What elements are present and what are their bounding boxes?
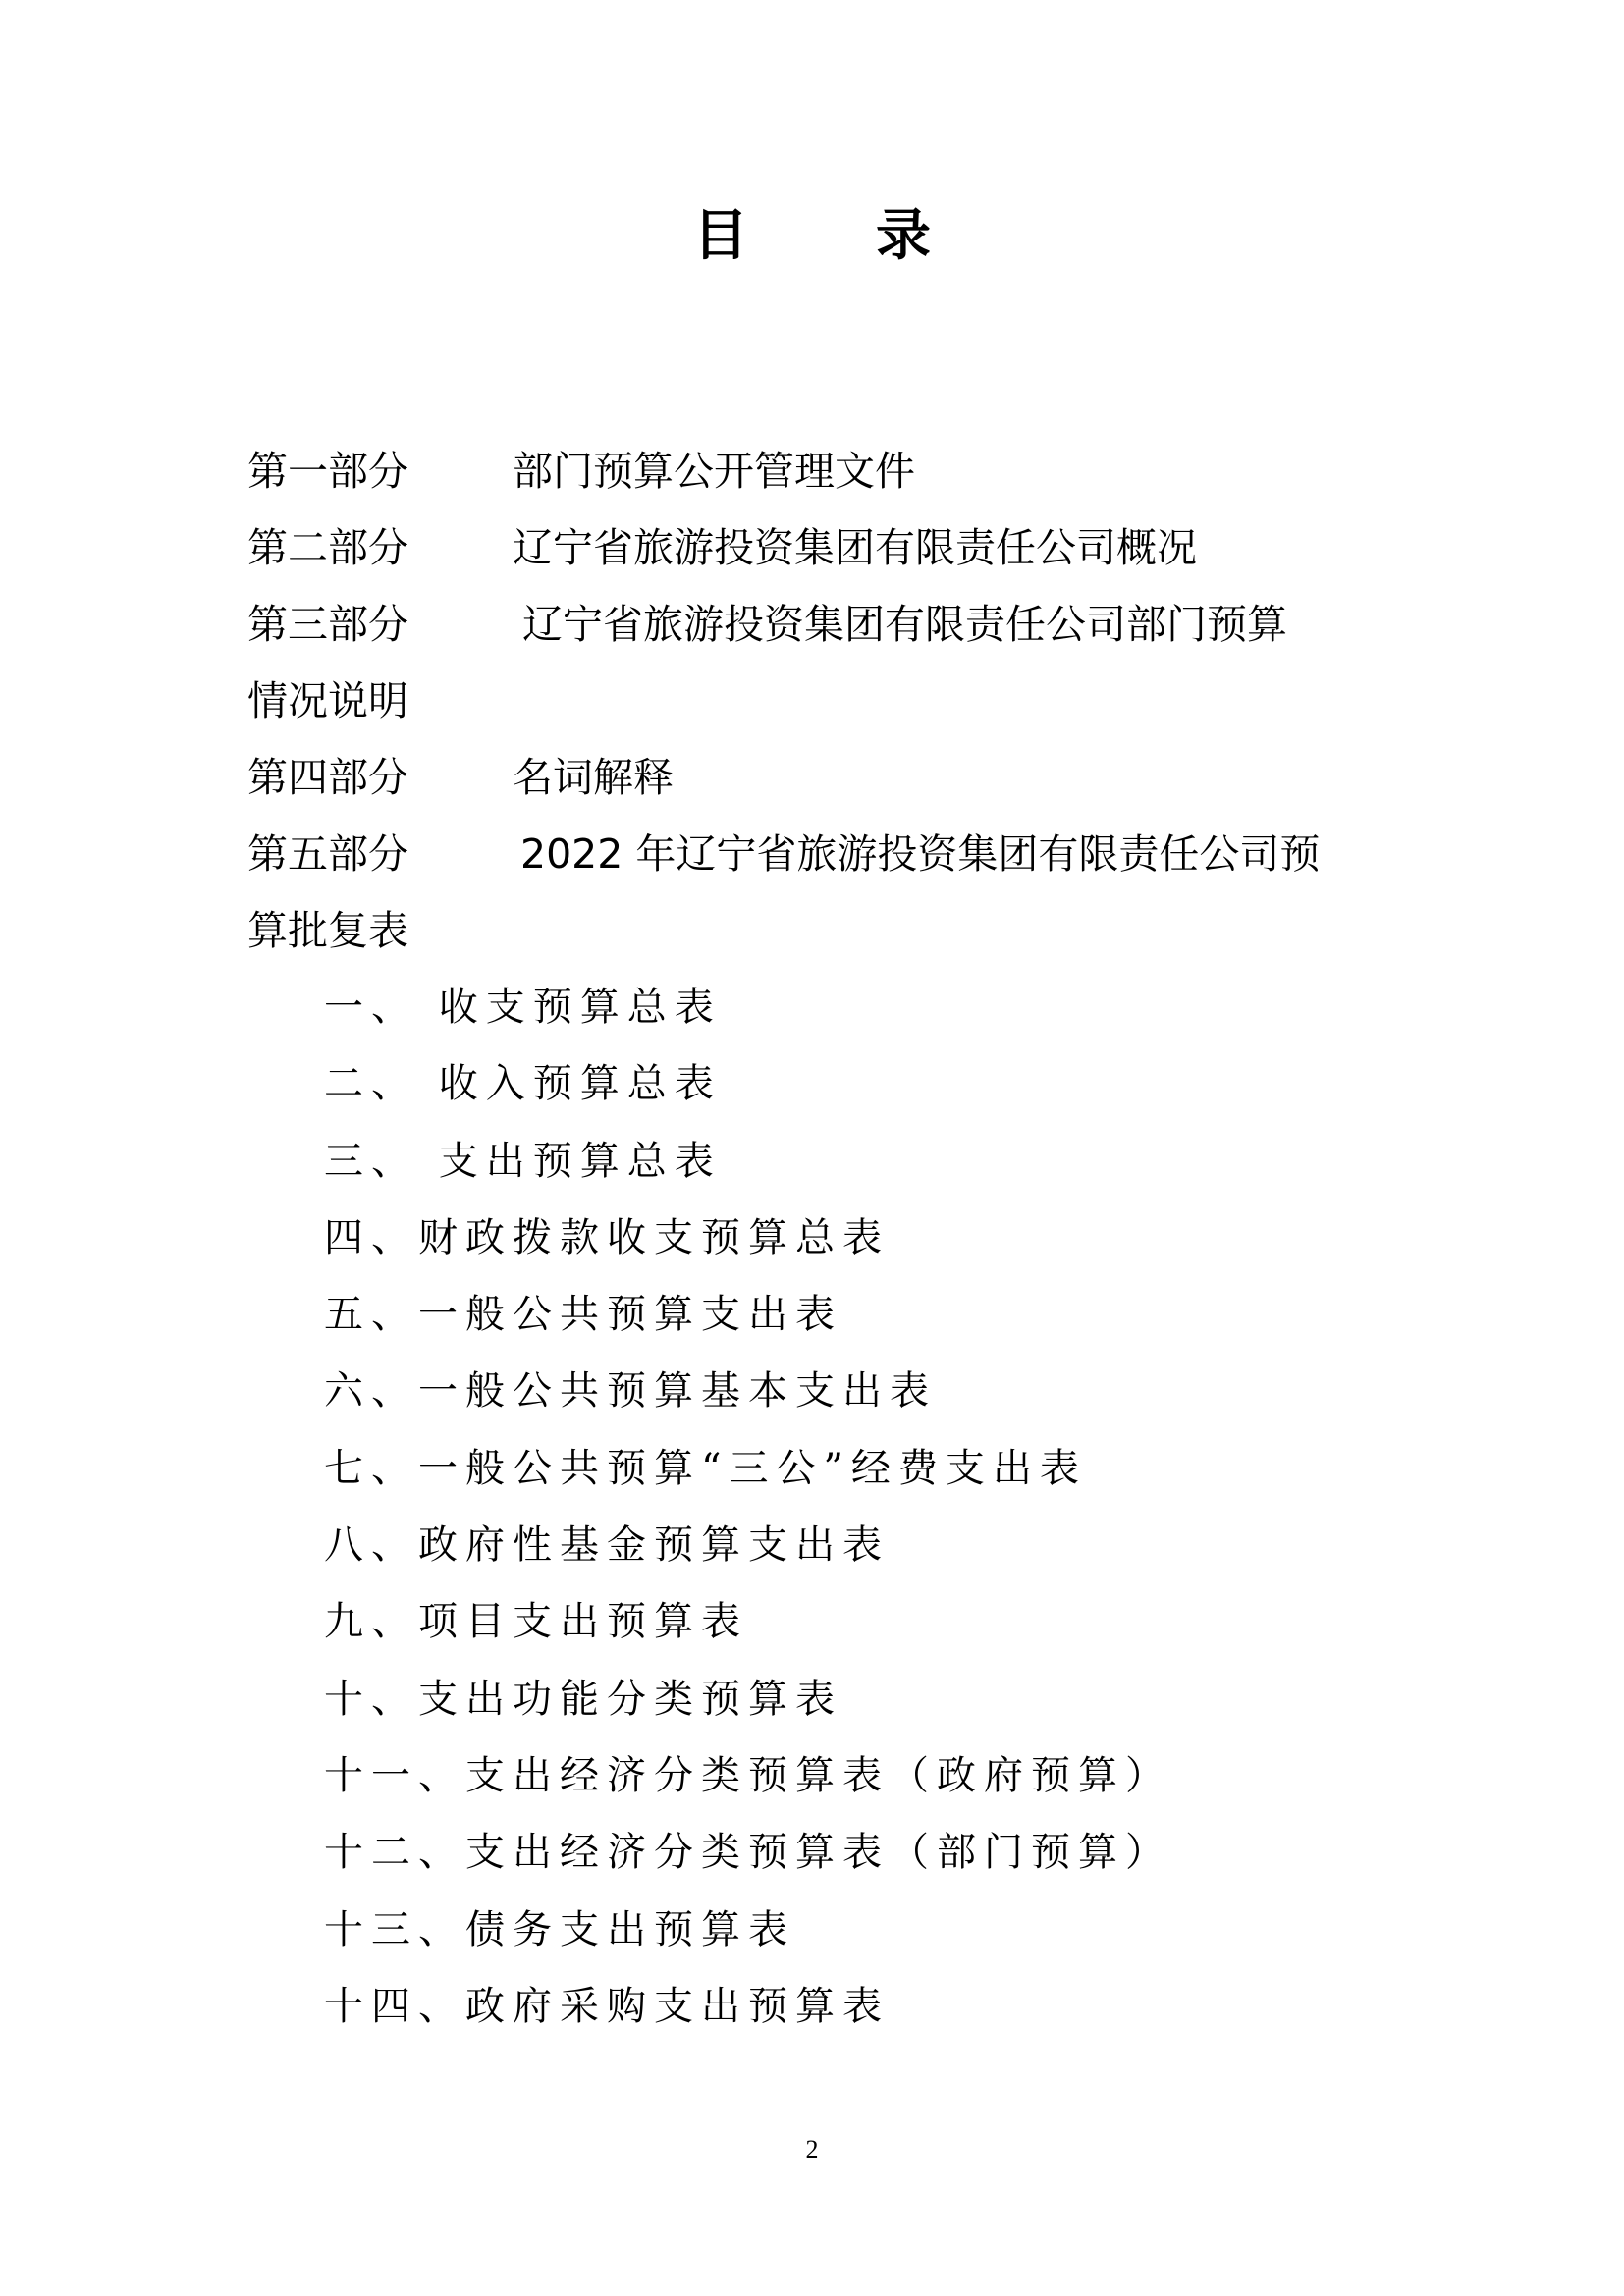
toc-part-2[interactable]: 第二部分 辽宁省旅游投资集团有限责任公司概况: [247, 509, 1396, 586]
part-number: 第二部分: [247, 509, 408, 586]
part-title: 2022 年辽宁省旅游投资集团有限责任公司预: [520, 816, 1320, 892]
part-title-continuation: 情况说明: [247, 663, 1396, 739]
toc-table-item[interactable]: 十一、支出经济分类预算表（政府预算）: [247, 1737, 1396, 1814]
toc-table-item[interactable]: 四、财政拨款收支预算总表: [247, 1200, 1396, 1276]
part-title: 辽宁省旅游投资集团有限责任公司部门预算: [522, 586, 1287, 663]
toc-table-item[interactable]: 五、一般公共预算支出表: [247, 1276, 1396, 1353]
toc-part-1[interactable]: 第一部分 部门预算公开管理文件: [247, 433, 1396, 509]
part-title-continuation: 算批复表: [247, 892, 1396, 969]
part-number: 第三部分: [247, 586, 408, 663]
part-number: 第五部分: [247, 816, 408, 892]
toc-part-4[interactable]: 第四部分 名词解释: [247, 739, 1396, 816]
toc-table-item[interactable]: 六、一般公共预算基本支出表: [247, 1353, 1396, 1429]
part-title: 名词解释: [513, 739, 674, 816]
toc-table-item[interactable]: 十三、债务支出预算表: [247, 1892, 1396, 1968]
table-of-contents: 第一部分 部门预算公开管理文件 第二部分 辽宁省旅游投资集团有限责任公司概况 第…: [247, 433, 1396, 2045]
toc-table-item[interactable]: 十、支出功能分类预算表: [247, 1661, 1396, 1737]
title-char-2: 录: [876, 203, 931, 268]
toc-table-item[interactable]: 十四、政府采购支出预算表: [247, 1968, 1396, 2045]
part-number: 第四部分: [247, 739, 408, 816]
title-char-1: 目: [693, 203, 748, 268]
page-number: 2: [0, 2135, 1624, 2164]
part-title: 部门预算公开管理文件: [513, 433, 915, 509]
toc-table-item[interactable]: 三、 支出预算总表: [247, 1123, 1396, 1200]
toc-part-3[interactable]: 第三部分 辽宁省旅游投资集团有限责任公司部门预算: [247, 586, 1396, 663]
part-number: 第一部分: [247, 433, 408, 509]
part-title: 辽宁省旅游投资集团有限责任公司概况: [513, 509, 1197, 586]
toc-part-5[interactable]: 第五部分 2022 年辽宁省旅游投资集团有限责任公司预: [247, 816, 1396, 892]
toc-table-item[interactable]: 七、一般公共预算“三公”经费支出表: [247, 1430, 1396, 1507]
toc-table-item[interactable]: 二、 收入预算总表: [247, 1045, 1396, 1122]
toc-table-item[interactable]: 八、政府性基金预算支出表: [247, 1507, 1396, 1583]
toc-table-item[interactable]: 十二、支出经济分类预算表（部门预算）: [247, 1814, 1396, 1891]
page-title: 目录: [0, 196, 1624, 275]
toc-table-item[interactable]: 九、项目支出预算表: [247, 1583, 1396, 1660]
toc-table-item[interactable]: 一、 收支预算总表: [247, 969, 1396, 1045]
